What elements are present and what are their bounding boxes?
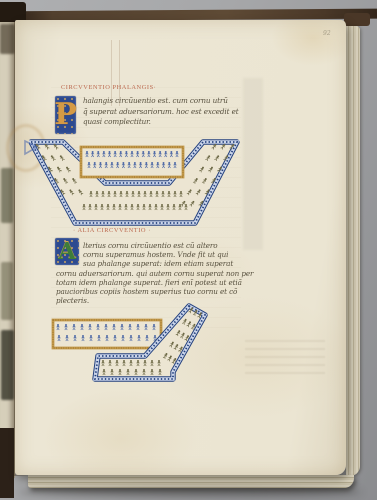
manuscript-page: 92 CIRCVVENTIO PHALANGIS· P halangis cir… (15, 20, 346, 475)
diagram-flank-encirclement (49, 302, 225, 398)
section2-text-full: cornu aduersariorum. qui autem cornu sup… (56, 269, 253, 305)
initial-letter: A (58, 239, 76, 265)
book-shadow (18, 487, 362, 497)
initial-letter: P (54, 97, 77, 133)
ink-showthrough (243, 78, 263, 250)
text-line: q̃ superat aduersariorum. hoc est excedi… (83, 107, 239, 118)
section2-text-indented: lterius cornu circũuentio est cũ alteroc… (83, 241, 233, 269)
illuminated-initial-a: A (55, 238, 79, 265)
page-fore-edge (346, 26, 360, 476)
text-line: quasi complectitur. (83, 117, 239, 128)
section2-rubric: · ALIA CIRCVVENTIO · (73, 227, 151, 234)
facing-page-text-smudge (1, 330, 14, 400)
text-line: totam idem phalange superat. fieri enĩ p… (56, 278, 253, 287)
showthrough-triangle-mark (22, 138, 40, 158)
facing-page-text-smudge (0, 24, 15, 54)
text-line: cornu aduersariorum. qui autem cornu sup… (56, 269, 253, 278)
facing-page-text-smudge (1, 168, 13, 223)
folio-number: 92 (323, 30, 331, 37)
book-cover-corner (344, 13, 370, 26)
diagram-phalanx-encirclement (29, 136, 241, 228)
text-line: sua phalange superat: idem etiam superat (83, 259, 233, 268)
facing-page-edge (0, 22, 15, 478)
book-photograph: 92 CIRCVVENTIO PHALANGIS· P halangis cir… (0, 0, 377, 500)
text-line: halangis circũuentio est. cum cornu utrũ (83, 96, 239, 107)
book-spine-bottom (0, 428, 14, 498)
section1-text: halangis circũuentio est. cum cornu utrũ… (83, 96, 239, 128)
text-line: lterius cornu circũuentio est cũ altero (83, 241, 233, 250)
section1-rubric: CIRCVVENTIO PHALANGIS· (61, 84, 156, 91)
ink-showthrough-text (245, 340, 325, 376)
text-line: paucioribus copiis hostem superius tuo c… (56, 287, 253, 296)
illuminated-initial-p: P (55, 96, 76, 134)
text-line: cornu superamus hostem. Vnde fit ut qui (83, 250, 233, 259)
facing-page-text-smudge (1, 262, 13, 320)
